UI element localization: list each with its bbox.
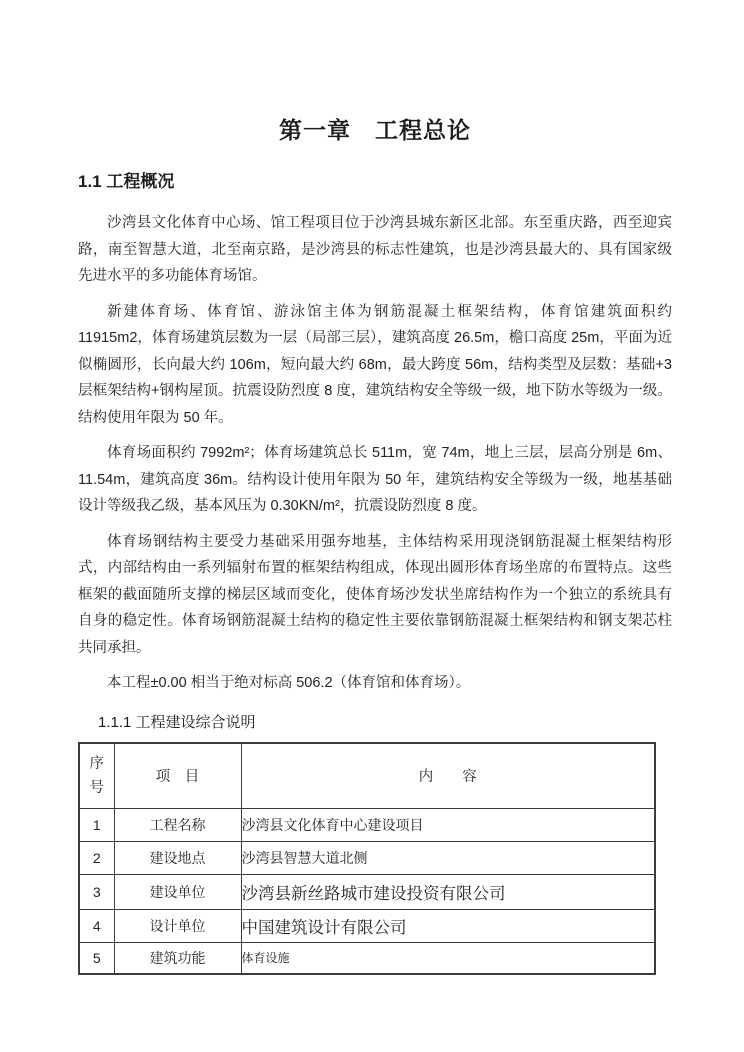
cell-content: 中国建筑设计有限公司 [241,910,655,943]
table-row-project-name: 1 工程名称 沙湾县文化体育中心建设项目 [79,809,655,842]
document-page: 第一章 工程总论 1.1 工程概况 沙湾县文化体育中心场、馆工程项目位于沙湾县城… [0,0,744,1052]
cell-content: 体育设施 [241,943,655,974]
table-row-function: 5 建筑功能 体育设施 [79,943,655,974]
cell-no: 3 [79,875,114,910]
cell-item: 建设单位 [114,875,241,910]
table-header-row: 序 号 项 目 内 容 [79,743,655,809]
section-heading-1-1: 1.1 工程概况 [78,167,672,192]
project-info-table: 序 号 项 目 内 容 1 工程名称 沙湾县文化体育中心建设项目 2 建设地点 … [78,742,656,975]
cell-content: 沙湾县智慧大道北侧 [241,842,655,875]
paragraph-elevation: 本工程±0.00 相当于绝对标高 506.2（体育馆和体育场）。 [78,670,672,697]
paragraph-structure-overview: 新建体育场、体育馆、游泳馆主体为钢筋混凝土框架结构，体育馆建筑面积约 11915… [78,299,672,432]
paragraph-steel-structure: 体育场钢结构主要受力基础采用强夯地基，主体结构采用现浇钢筋混凝土框架结构形式，内… [78,529,672,662]
cell-no: 4 [79,910,114,943]
paragraph-stadium-dimensions: 体育场面积约 7992m²；体育场建筑总长 511m，宽 74m，地上三层，层高… [78,440,672,520]
paragraph-location: 沙湾县文化体育中心场、馆工程项目位于沙湾县城东新区北部。东至重庆路，西至迎宾路，… [78,210,672,290]
table-row-designer: 4 设计单位 中国建筑设计有限公司 [79,910,655,943]
cell-content: 沙湾县文化体育中心建设项目 [241,809,655,842]
cell-no: 1 [79,809,114,842]
cell-no: 5 [79,943,114,974]
table-header-item: 项 目 [114,743,241,809]
subsection-heading-1-1-1: 1.1.1 工程建设综合说明 [98,711,672,732]
table-row-location: 2 建设地点 沙湾县智慧大道北侧 [79,842,655,875]
page-title: 第一章 工程总论 [78,112,672,145]
table-header-no: 序 号 [79,743,114,809]
cell-item: 工程名称 [114,809,241,842]
cell-item: 设计单位 [114,910,241,943]
cell-item: 建筑功能 [114,943,241,974]
cell-item: 建设地点 [114,842,241,875]
cell-content: 沙湾县新丝路城市建设投资有限公司 [241,875,655,910]
table-row-owner: 3 建设单位 沙湾县新丝路城市建设投资有限公司 [79,875,655,910]
cell-no: 2 [79,842,114,875]
table-header-content: 内 容 [241,743,655,809]
